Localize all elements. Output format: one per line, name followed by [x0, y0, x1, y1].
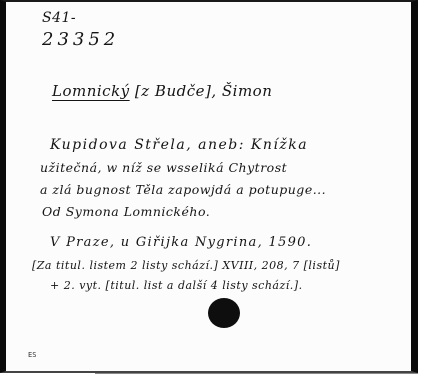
imprint: V Praze, u Giřijka Nygrina, 1590. [50, 235, 312, 250]
collation-line-2: + 2. vyt. [titul. list a další 4 listy s… [50, 279, 303, 292]
call-number: 23352 [42, 29, 119, 50]
catalog-card: S41- 23352 Lomnický [z Budče], Šimon Kup… [0, 0, 418, 373]
author-surname: Lomnický [52, 82, 130, 100]
title-line-2: užitečná, w níž se wsseliká Chytrost [40, 160, 287, 175]
title-line-1: Kupidova Střela, aneb: Knížka [50, 137, 308, 153]
scan-edge-line [95, 373, 418, 374]
punch-hole [208, 298, 240, 328]
call-number-prefix: S41- [42, 10, 76, 26]
author-rest: [z Budče], Šimon [130, 82, 273, 100]
title-line-3: a zlá bugnost Těla zapowjdá a potupuge..… [40, 182, 326, 197]
author-heading: Lomnický [z Budče], Šimon [52, 82, 272, 100]
stamp-mark: ES [28, 352, 36, 358]
statement-of-responsibility: Od Symona Lomnického. [42, 204, 210, 219]
collation-line-1: [Za titul. listem 2 listy schází.] XVIII… [32, 259, 340, 272]
